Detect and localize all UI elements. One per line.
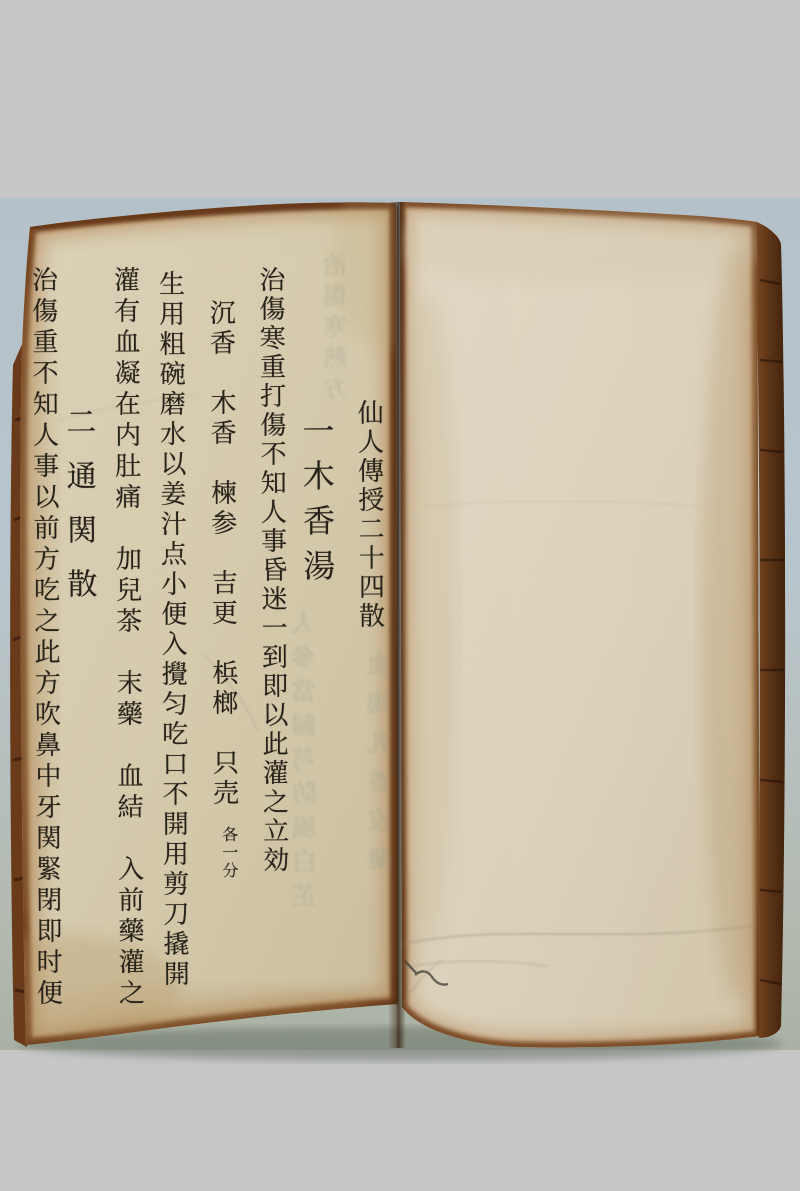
bleedthrough-column: 血竭乳香沒藥 <box>363 652 399 972</box>
column-recipe2-text: 治傷重不知人事以前方吃之此方吹鼻中牙関緊閉即时便 <box>23 266 66 1026</box>
column-usage-text: 生用粗碗磨水以姜汁点小便入攪匀吃口不開用剪刀撬開 <box>150 270 193 1010</box>
column-recipe2-heading: 二通関散 <box>57 406 101 636</box>
column-ingredients: 沉香 木香 楝参 吉更 梹榔 只売 <box>201 299 243 829</box>
column-section-title: 仙人傳授二十四散 <box>349 399 389 659</box>
column-dosage-note: 各一分 <box>215 826 242 936</box>
column-additions-text: 灌有血凝在内肚痛 加兒茶 末藥 血結 入前藥灌之 <box>105 266 148 1026</box>
column-recipe1-heading: 一木香湯 <box>297 414 340 624</box>
paper-grain <box>398 198 770 1054</box>
column-recipe1-text: 治傷寒重打傷不知人事昏迷一到即以此灌之立効 <box>251 266 294 926</box>
right-page <box>380 198 780 1054</box>
manuscript-photo-page: { "colors": { "letterbox": "#c6c6c6", "b… <box>0 0 800 1191</box>
